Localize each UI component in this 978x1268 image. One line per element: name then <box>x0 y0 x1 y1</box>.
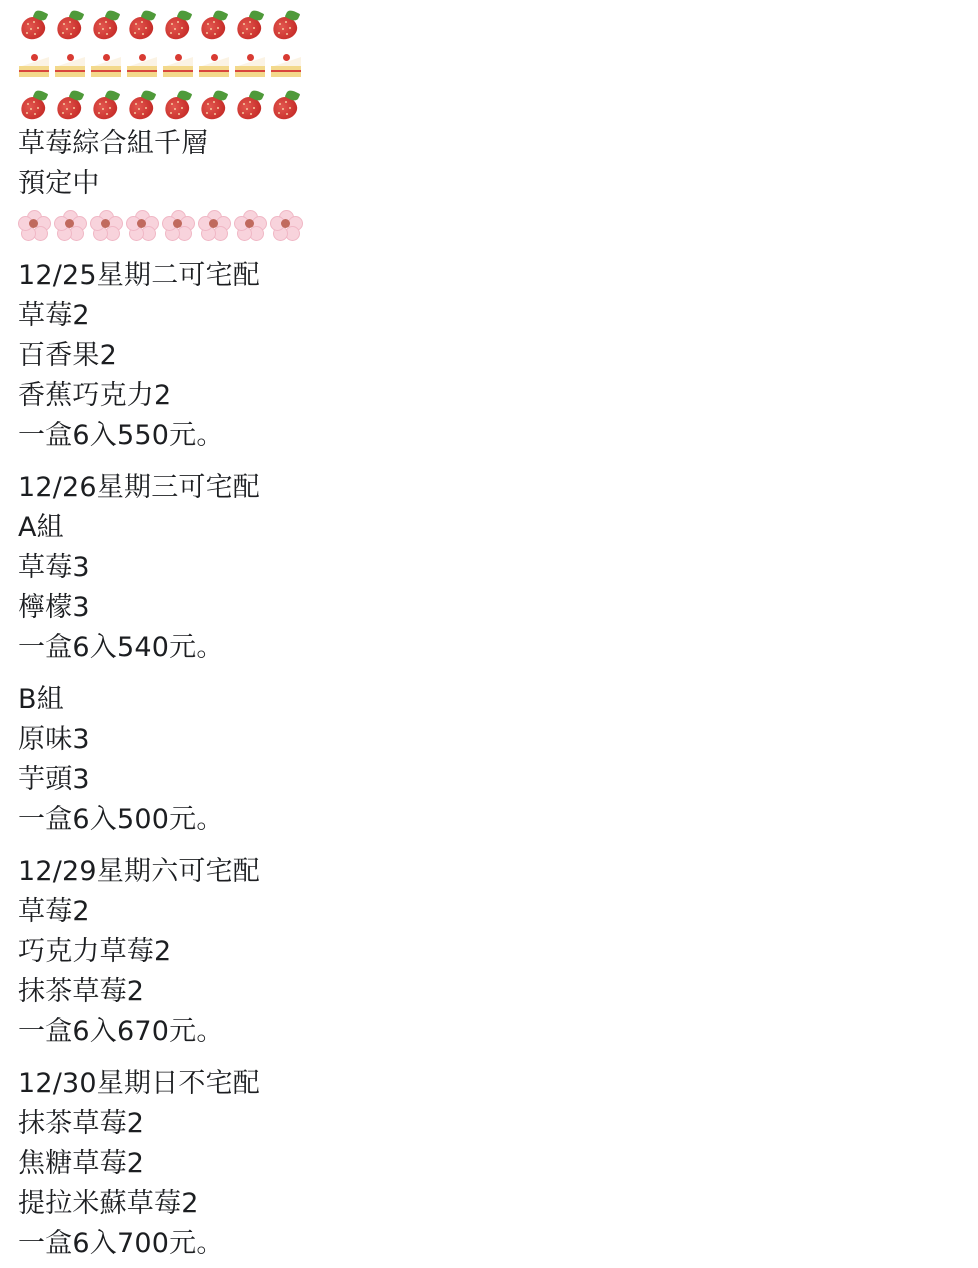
strawberry-icon <box>54 88 86 120</box>
section-heading: 12/26星期三可宅配 <box>18 468 958 508</box>
section-heading: 12/25星期二可宅配 <box>18 256 958 296</box>
post-body: 草莓綜合組千層 預定中 12/25星期二可宅配 草莓2 百香果2 香蕉巧克力2 … <box>18 4 958 1268</box>
strawberry-row <box>18 84 958 124</box>
shortcake-icon <box>234 48 266 80</box>
section-price: 一盒6入500元。 <box>18 800 958 840</box>
strawberry-icon <box>270 8 302 40</box>
section-item: 巧克力草莓2 <box>18 932 958 972</box>
cherry-blossom-icon <box>90 208 122 240</box>
post-title: 草莓綜合組千層 <box>18 124 958 164</box>
strawberry-icon <box>18 8 50 40</box>
strawberry-icon <box>126 88 158 120</box>
shortcake-icon <box>198 48 230 80</box>
cherry-blossom-icon <box>18 208 50 240</box>
section-price: 一盒6入550元。 <box>18 416 958 456</box>
shortcake-icon <box>90 48 122 80</box>
shortcake-icon <box>18 48 50 80</box>
strawberry-icon <box>234 88 266 120</box>
section-price: 一盒6入670元。 <box>18 1012 958 1052</box>
strawberry-icon <box>90 88 122 120</box>
section-item: 草莓2 <box>18 296 958 336</box>
strawberry-icon <box>198 8 230 40</box>
strawberry-icon <box>90 8 122 40</box>
strawberry-icon <box>162 88 194 120</box>
section-item: 百香果2 <box>18 336 958 376</box>
section-1225: 12/25星期二可宅配 草莓2 百香果2 香蕉巧克力2 一盒6入550元。 <box>18 256 958 456</box>
shortcake-icon <box>54 48 86 80</box>
cherry-blossom-icon <box>234 208 266 240</box>
section-item: 抹茶草莓2 <box>18 972 958 1012</box>
strawberry-icon <box>126 8 158 40</box>
shortcake-icon <box>270 48 302 80</box>
strawberry-icon <box>270 88 302 120</box>
group-label: B組 <box>18 680 958 720</box>
group-label: A組 <box>18 508 958 548</box>
shortcake-row <box>18 44 958 84</box>
strawberry-icon <box>198 88 230 120</box>
section-1226-a: 12/26星期三可宅配 A組 草莓3 檸檬3 一盒6入540元。 <box>18 468 958 668</box>
cherry-blossom-icon <box>198 208 230 240</box>
section-1226-b: B組 原味3 芋頭3 一盒6入500元。 <box>18 680 958 840</box>
section-1229: 12/29星期六可宅配 草莓2 巧克力草莓2 抹茶草莓2 一盒6入670元。 <box>18 852 958 1052</box>
section-item: 香蕉巧克力2 <box>18 376 958 416</box>
section-item: 原味3 <box>18 720 958 760</box>
shortcake-icon <box>126 48 158 80</box>
cherry-blossom-icon <box>162 208 194 240</box>
section-heading: 12/30星期日不宅配 <box>18 1064 958 1104</box>
shortcake-icon <box>162 48 194 80</box>
cherry-blossom-row <box>18 204 958 244</box>
section-item: 草莓3 <box>18 548 958 588</box>
order-status: 預定中 <box>18 164 958 204</box>
section-price: 一盒6入700元。 <box>18 1224 958 1264</box>
section-item: 芋頭3 <box>18 760 958 800</box>
strawberry-row <box>18 4 958 44</box>
strawberry-icon <box>234 8 266 40</box>
section-item: 提拉米蘇草莓2 <box>18 1184 958 1224</box>
post-intro: 草莓綜合組千層 預定中 <box>18 4 958 244</box>
strawberry-icon <box>162 8 194 40</box>
cherry-blossom-icon <box>126 208 158 240</box>
section-item: 焦糖草莓2 <box>18 1144 958 1184</box>
cherry-blossom-icon <box>270 208 302 240</box>
strawberry-icon <box>54 8 86 40</box>
section-item: 抹茶草莓2 <box>18 1104 958 1144</box>
section-1230: 12/30星期日不宅配 抹茶草莓2 焦糖草莓2 提拉米蘇草莓2 一盒6入700元… <box>18 1064 958 1264</box>
section-item: 檸檬3 <box>18 588 958 628</box>
section-price: 一盒6入540元。 <box>18 628 958 668</box>
strawberry-icon <box>18 88 50 120</box>
section-heading: 12/29星期六可宅配 <box>18 852 958 892</box>
cherry-blossom-icon <box>54 208 86 240</box>
section-item: 草莓2 <box>18 892 958 932</box>
